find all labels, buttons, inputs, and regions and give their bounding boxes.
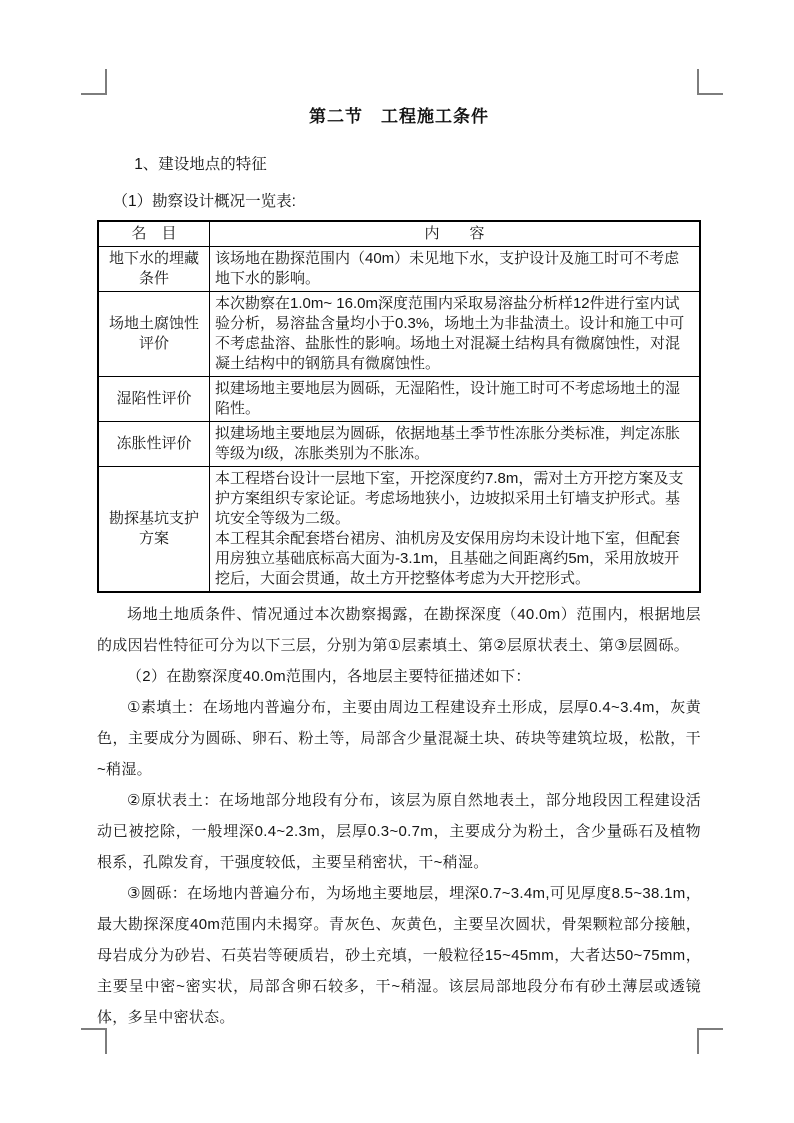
row-content-collapsibility: 拟建场地主要地层为圆砾，无湿陷性，设计施工时可不考虑场地土的湿陷性。 bbox=[215, 379, 694, 419]
survey-overview-table: 名 目 内 容 地下水的埋藏条件 该场地在勘探范围内（40m）未见地下水，支护设… bbox=[97, 220, 701, 593]
body-paragraphs: 场地土地质条件、情况通过本次勘察揭露，在勘探深度（40.0m）范围内，根据地层的… bbox=[97, 599, 701, 1033]
column-header-name: 名 目 bbox=[98, 221, 210, 247]
row-name-frost-heave: 冻胀性评价 bbox=[98, 422, 210, 467]
paragraph-geology-summary: 场地土地质条件、情况通过本次勘察揭露，在勘探深度（40.0m）范围内，根据地层的… bbox=[97, 599, 701, 661]
row-name-corrosivity: 场地土腐蚀性评价 bbox=[98, 292, 210, 377]
crop-mark-top-left bbox=[81, 69, 107, 95]
row-content-frost-heave: 拟建场地主要地层为圆砾，依据地基土季节性冻胀分类标准，判定冻胀等级为I级，冻胀类… bbox=[215, 424, 694, 464]
heading-survey-overview: （1）勘察设计概况一览表: bbox=[97, 189, 701, 211]
row-name-pit-support: 勘探基坑支护方案 bbox=[98, 467, 210, 593]
table-row: 场地土腐蚀性评价 本次勘察在1.0m~ 16.0m深度范围内采取易溶盐分析样12… bbox=[98, 292, 700, 377]
paragraph-layer3-round-gravel: ③圆砾：在场地内普遍分布，为场地主要地层，埋深0.7~3.4m,可见厚度8.5~… bbox=[97, 878, 701, 1033]
table-row: 地下水的埋藏条件 该场地在勘探范围内（40m）未见地下水，支护设计及施工时可不考… bbox=[98, 247, 700, 292]
table-header-row: 名 目 内 容 bbox=[98, 221, 700, 247]
row-content-corrosivity: 本次勘察在1.0m~ 16.0m深度范围内采取易溶盐分析样12件进行室内试验分析… bbox=[215, 294, 694, 374]
page-content: 第二节 工程施工条件 1、建设地点的特征 （1）勘察设计概况一览表: 名 目 内… bbox=[97, 100, 701, 1033]
section-title: 第二节 工程施工条件 bbox=[97, 102, 701, 127]
table-row: 湿陷性评价 拟建场地主要地层为圆砾，无湿陷性，设计施工时可不考虑场地土的湿陷性。 bbox=[98, 377, 700, 422]
heading-site-features: 1、建设地点的特征 bbox=[97, 152, 701, 174]
column-header-content: 内 容 bbox=[210, 221, 701, 247]
table-row: 冻胀性评价 拟建场地主要地层为圆砾，依据地基土季节性冻胀分类标准，判定冻胀等级为… bbox=[98, 422, 700, 467]
paragraph-layer1-fill-soil: ①素填土：在场地内普遍分布，主要由周边工程建设弃土形成，层厚0.4~3.4m，灰… bbox=[97, 692, 701, 785]
row-content-groundwater: 该场地在勘探范围内（40m）未见地下水，支护设计及施工时可不考虑地下水的影响。 bbox=[215, 249, 694, 289]
paragraph-layers-intro: （2）在勘察深度40.0m范围内，各地层主要特征描述如下： bbox=[97, 661, 701, 692]
crop-mark-top-right bbox=[697, 69, 723, 95]
row-name-collapsibility: 湿陷性评价 bbox=[98, 377, 210, 422]
row-name-groundwater: 地下水的埋藏条件 bbox=[98, 247, 210, 292]
row-content-pit-support-1: 本工程塔台设计一层地下室，开挖深度约7.8m，需对土方开挖方案及支护方案组织专家… bbox=[215, 469, 694, 529]
document-page: 第二节 工程施工条件 1、建设地点的特征 （1）勘察设计概况一览表: 名 目 内… bbox=[0, 0, 794, 1123]
table-row: 勘探基坑支护方案 本工程塔台设计一层地下室，开挖深度约7.8m，需对土方开挖方案… bbox=[98, 467, 700, 593]
row-content-pit-support-2: 本工程其余配套塔台裙房、油机房及安保用房均未设计地下室，但配套用房独立基础底标高… bbox=[215, 529, 694, 589]
paragraph-layer2-topsoil: ②原状表土：在场地部分地段有分布，该层为原自然地表土，部分地段因工程建设活动已被… bbox=[97, 785, 701, 878]
